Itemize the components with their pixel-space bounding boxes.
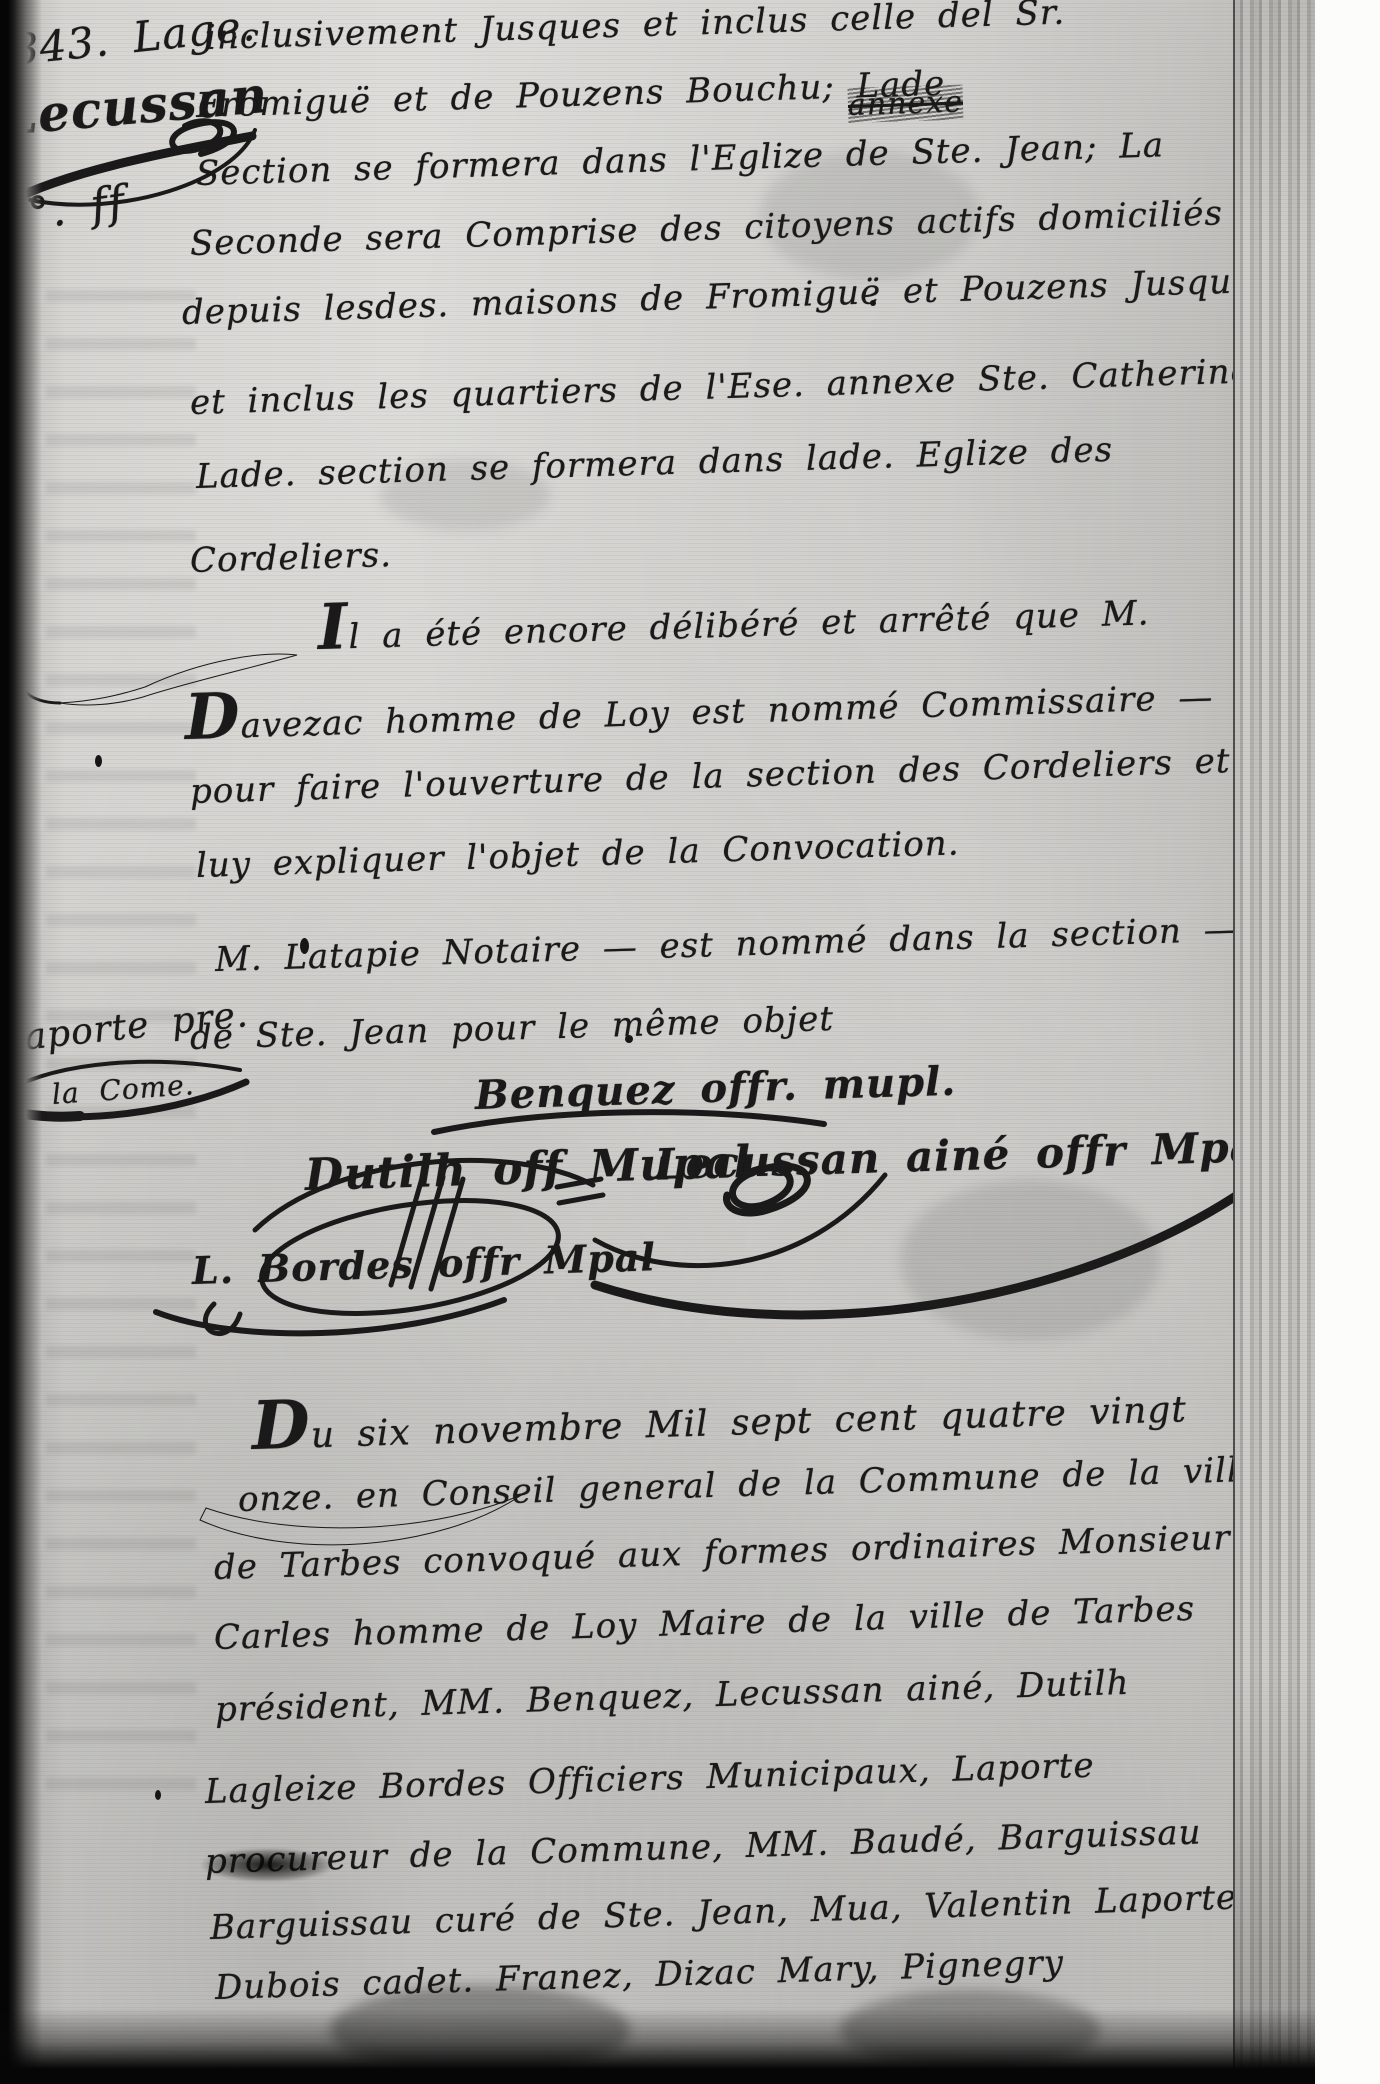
ink-speck [870,300,876,306]
manuscript-line: Du six novembre Mil sept cent quatre vin… [251,1380,1187,1458]
manuscript-line: et inclus les quartiers de l'Ese. annexe… [189,352,1252,423]
manuscript-line: Barguissau curé de Ste. Jean, Mua, Valen… [209,1878,1237,1948]
manuscript-line: inclusivement Jusques et inclus celle de… [204,0,1065,58]
lecussan-flourish [555,1135,1260,1330]
manuscript-line: luy expliquer l'objet de la Convocation. [195,823,960,886]
scan-background [1315,0,1380,2084]
bordes-underline-flourish [148,1282,518,1347]
ink-speck [625,1035,633,1043]
struck-word: annexe [847,85,963,123]
manuscript-line: de Ste. Jean pour le même objet [189,999,834,1058]
manuscript-line: Il a été encore délibéré et arrêté que M… [317,585,1150,658]
ink-speck [300,938,309,954]
manuscript-line: Lagleize Bordes Officiers Municipaux, La… [204,1746,1095,1812]
book-page: 843. Lage. Lecussan J°. ff inclusivement… [0,0,1315,2084]
manuscript-line: Davezac homme de Loy est nommé Commissai… [184,669,1214,747]
book-gutter-edge [0,0,42,2084]
manuscript-line: président, MM. Benquez, Lecussan ainé, D… [214,1663,1130,1730]
manuscript-line: onze. en Conseil general de la Commune d… [237,1450,1260,1520]
manuscript-line: pour faire l'ouverture de la section des… [189,741,1231,812]
manuscript-line: Fromiguë et de Pouzens Bouchu; Lade [195,64,945,126]
ink-speck [95,755,102,767]
manuscript-line: Cordeliers. [189,535,392,581]
manuscript-line: M. Latapie Notaire — est nommé dans la s… [214,910,1239,980]
manuscript-line: procureur de la Commune, MM. Baudé, Barg… [204,1812,1202,1882]
manuscript-line: Section se formera dans l'Eglize de Ste.… [195,125,1164,194]
page-stack-edge [1233,0,1317,2084]
manuscript-line: depuis lesdes. maisons de Fromiguë et Po… [181,261,1272,333]
manuscript-line: Dubois cadet. Franez, Dizac Mary, Pigneg… [214,1943,1064,2008]
manuscript-scan-page: 843. Lage. Lecussan J°. ff inclusivement… [0,0,1380,2084]
manuscript-line: Carles homme de Loy Maire de la ville de… [213,1589,1195,1658]
bottom-shadow [0,2008,1315,2084]
manuscript-line: Seconde sera Comprise des citoyens actif… [189,193,1223,264]
ink-speck [155,1790,161,1800]
manuscript-line: Lade. section se formera dans lade. Egli… [195,430,1113,497]
ink-blot [200,1848,335,1882]
